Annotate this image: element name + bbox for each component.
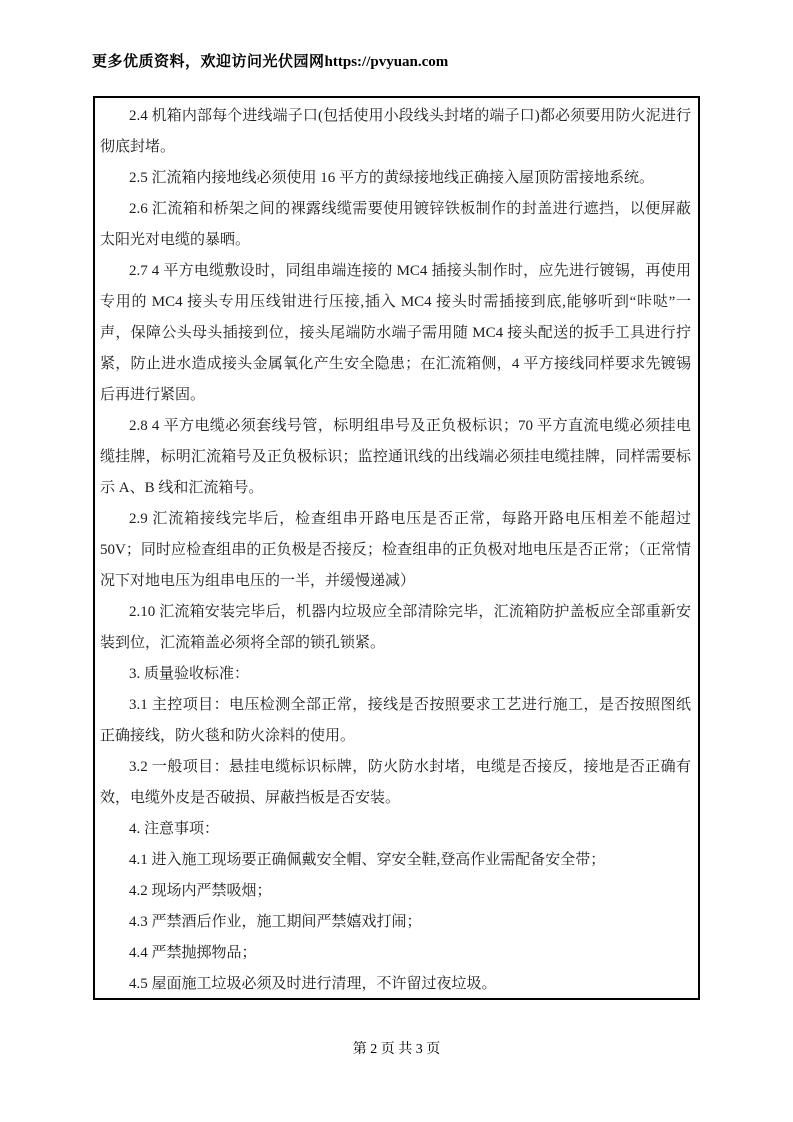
paragraph-4-1: 4.1 进入施工现场要正确佩戴安全帽、穿安全鞋,登高作业需配备安全带； [100,845,691,876]
paragraph-2-6: 2.6 汇流箱和桥架之间的裸露线缆需要使用镀锌铁板制作的封盖进行遮挡，以便屏蔽太… [100,194,691,256]
paragraph-2-10: 2.10 汇流箱安装完毕后，机器内垃圾应全部清除完毕，汇流箱防护盖板应全部重新安… [100,597,691,659]
paragraph-4-4: 4.4 严禁抛掷物品； [100,938,691,969]
page-number-footer: 第 2 页 共 3 页 [0,1038,793,1058]
heading-3: 3. 质量验收标准： [100,659,691,690]
paragraph-2-5: 2.5 汇流箱内接地线必须使用 16 平方的黄绿接地线正确接入屋顶防雷接地系统。 [100,163,691,194]
paragraph-2-4: 2.4 机箱内部每个进线端子口(包括使用小段线头封堵的端子口)都必须要用防火泥进… [100,101,691,163]
paragraph-4-5: 4.5 屋面施工垃圾必须及时进行清理，不许留过夜垃圾。 [100,969,691,1000]
page-header: 更多优质资料，欢迎访问光伏园网https://pvyuan.com [92,50,448,71]
paragraph-2-7: 2.7 4 平方电缆敷设时，同组串端连接的 MC4 插接头制作时，应先进行镀锡，… [100,256,691,411]
header-url: https://pvyuan.com [325,54,449,70]
content-border-box: 2.4 机箱内部每个进线端子口(包括使用小段线头封堵的端子口)都必须要用防火泥进… [93,96,700,1000]
paragraph-2-9: 2.9 汇流箱接线完毕后，检查组串开路电压是否正常，每路开路电压相差不能超过 5… [100,504,691,597]
paragraph-4-2: 4.2 现场内严禁吸烟； [100,876,691,907]
paragraph-3-2: 3.2 一般项目：悬挂电缆标识标牌，防火防水封堵，电缆是否接反，接地是否正确有效… [100,752,691,814]
paragraph-3-1: 3.1 主控项目：电压检测全部正常，接线是否按照要求工艺进行施工，是否按照图纸正… [100,690,691,752]
paragraph-4-3: 4.3 严禁酒后作业，施工期间严禁嬉戏打闹； [100,907,691,938]
header-title: 更多优质资料，欢迎访问光伏园网 [92,53,325,70]
heading-4: 4. 注意事项： [100,814,691,845]
paragraph-2-8: 2.8 4 平方电缆必须套线号管，标明组串号及正负极标识；70 平方直流电缆必须… [100,411,691,504]
